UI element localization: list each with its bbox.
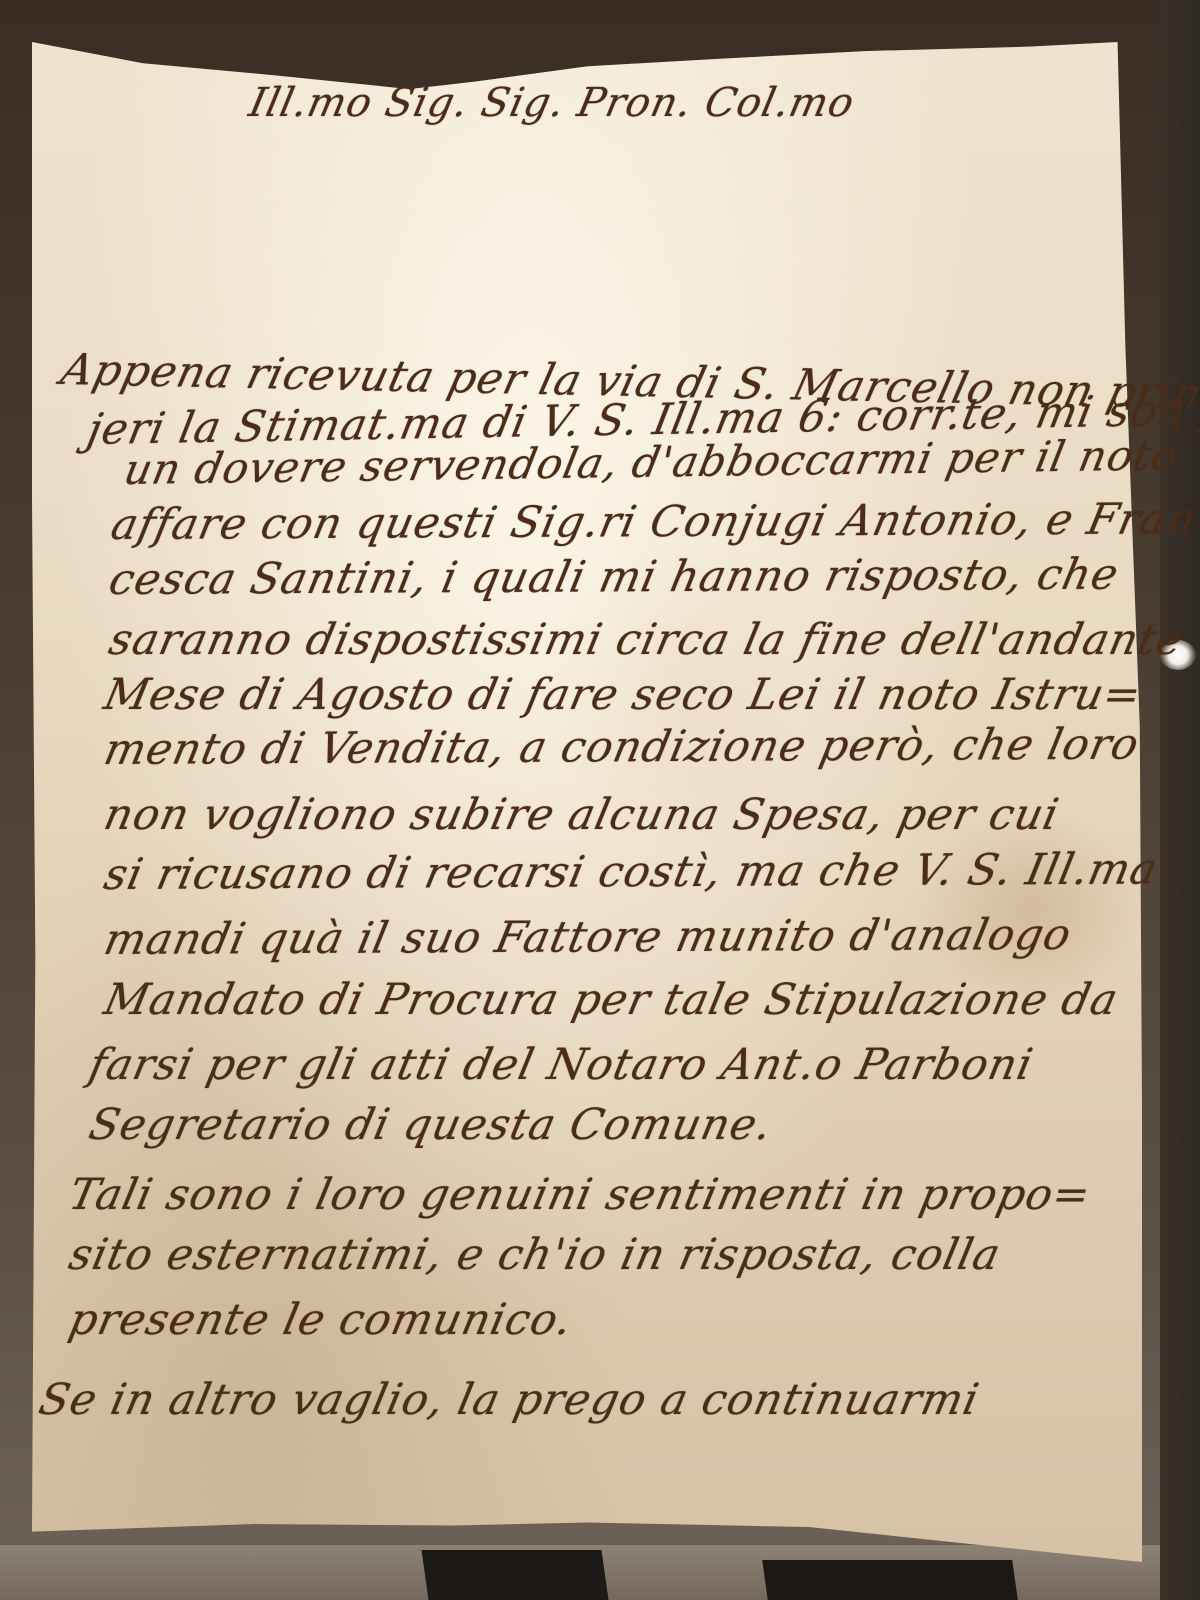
- dark-shadow-right: [762, 1560, 1018, 1600]
- letter-line-10: si ricusano di recarsi costì, ma che V. …: [100, 844, 1163, 900]
- letter-salutation: Ill.mo Sig. Sig. Pron. Col.mo: [245, 80, 859, 126]
- display-case-edge: [1160, 0, 1200, 1600]
- letter-line-4: affare con questi Sig.ri Conjugi Antonio…: [107, 494, 1200, 550]
- letter-line-5: cesca Santini, i quali mi hanno risposto…: [105, 550, 1123, 605]
- letter-line-18: Se in altro vaglio, la prego a continuar…: [35, 1375, 984, 1425]
- letter-line-16: sito esternatimi, e ch'io in risposta, c…: [65, 1230, 1006, 1280]
- letter-line-13: farsi per gli atti del Notaro Ant.o Parb…: [85, 1040, 1038, 1090]
- letter-line-17: presente le comunico.: [65, 1295, 577, 1345]
- letter-line-6: saranno dispostissimi circa la fine dell…: [105, 615, 1189, 665]
- letter-line-7: Mese di Agosto di fare seco Lei il noto …: [100, 670, 1147, 720]
- letter-line-15: Tali sono i loro genuini sentimenti in p…: [65, 1170, 1096, 1220]
- dark-shadow-left: [421, 1550, 608, 1600]
- letter-line-8: mento di Vendita, a condizione però, che…: [100, 720, 1144, 775]
- letter-line-9: non vogliono subire alcuna Spesa, per cu…: [100, 790, 1064, 840]
- letter-line-12: Mandato di Procura per tale Stipulazione…: [100, 975, 1123, 1025]
- letter-line-14: Segretario di questa Comune.: [85, 1100, 777, 1150]
- letter-line-11: mandi quà il suo Fattore munito d'analog…: [100, 910, 1076, 965]
